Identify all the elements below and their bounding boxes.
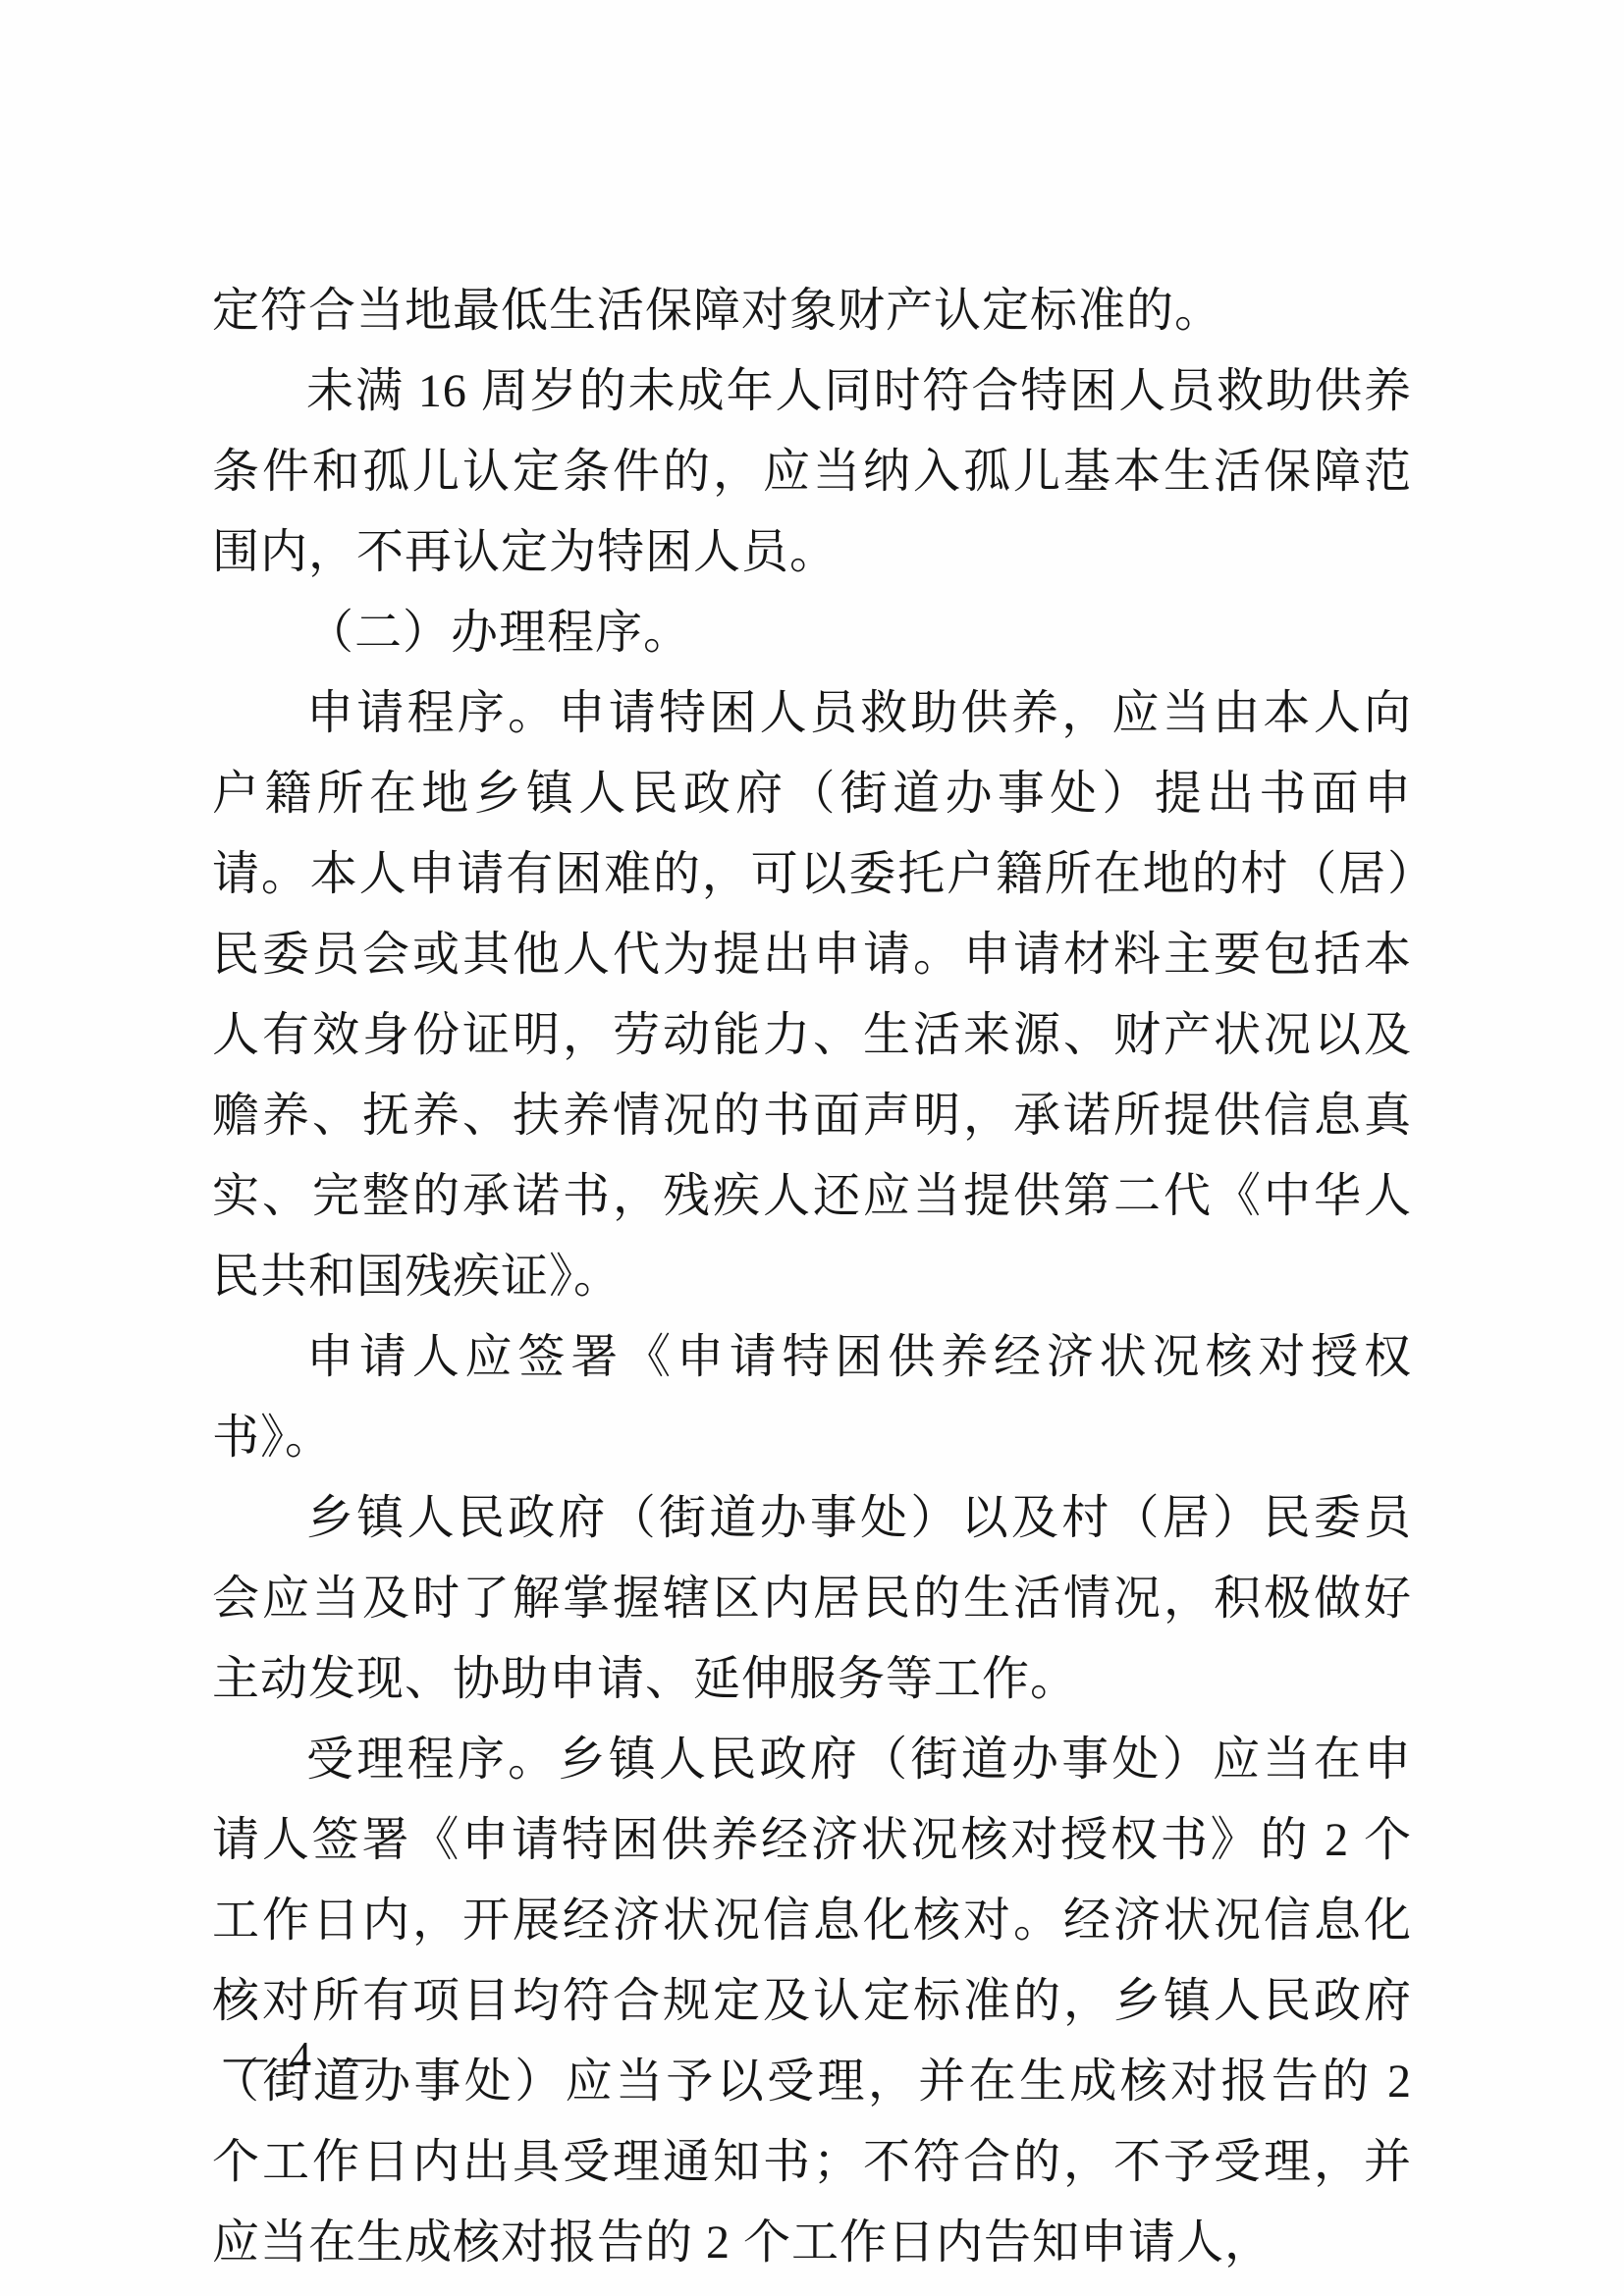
section-heading-procedures: （二）办理程序。 [212,593,1412,673]
document-page: 定符合当地最低生活保障对象财产认定标准的。 未满 16 周岁的未成年人同时符合特… [0,0,1624,2296]
paragraph-under16: 未满 16 周岁的未成年人同时符合特困人员救助供养条件和孤儿认定条件的，应当纳入… [212,351,1412,593]
paragraph-acceptance-procedure: 受理程序。乡镇人民政府（街道办事处）应当在申请人签署《申请特困供养经济状况核对授… [212,1720,1412,2283]
document-body: 定符合当地最低生活保障对象财产认定标准的。 未满 16 周岁的未成年人同时符合特… [212,271,1412,2283]
paragraph-committee-duties: 乡镇人民政府（街道办事处）以及村（居）民委员会应当及时了解掌握辖区内居民的生活情… [212,1478,1412,1720]
page-number: — 4 — [224,2032,383,2083]
paragraph-application-procedure: 申请程序。申请特困人员救助供养，应当由本人向户籍所在地乡镇人民政府（街道办事处）… [212,673,1412,1317]
paragraph-continuation: 定符合当地最低生活保障对象财产认定标准的。 [212,271,1412,351]
paragraph-authorization-letter: 申请人应签署《申请特困供养经济状况核对授权书》。 [212,1317,1412,1478]
